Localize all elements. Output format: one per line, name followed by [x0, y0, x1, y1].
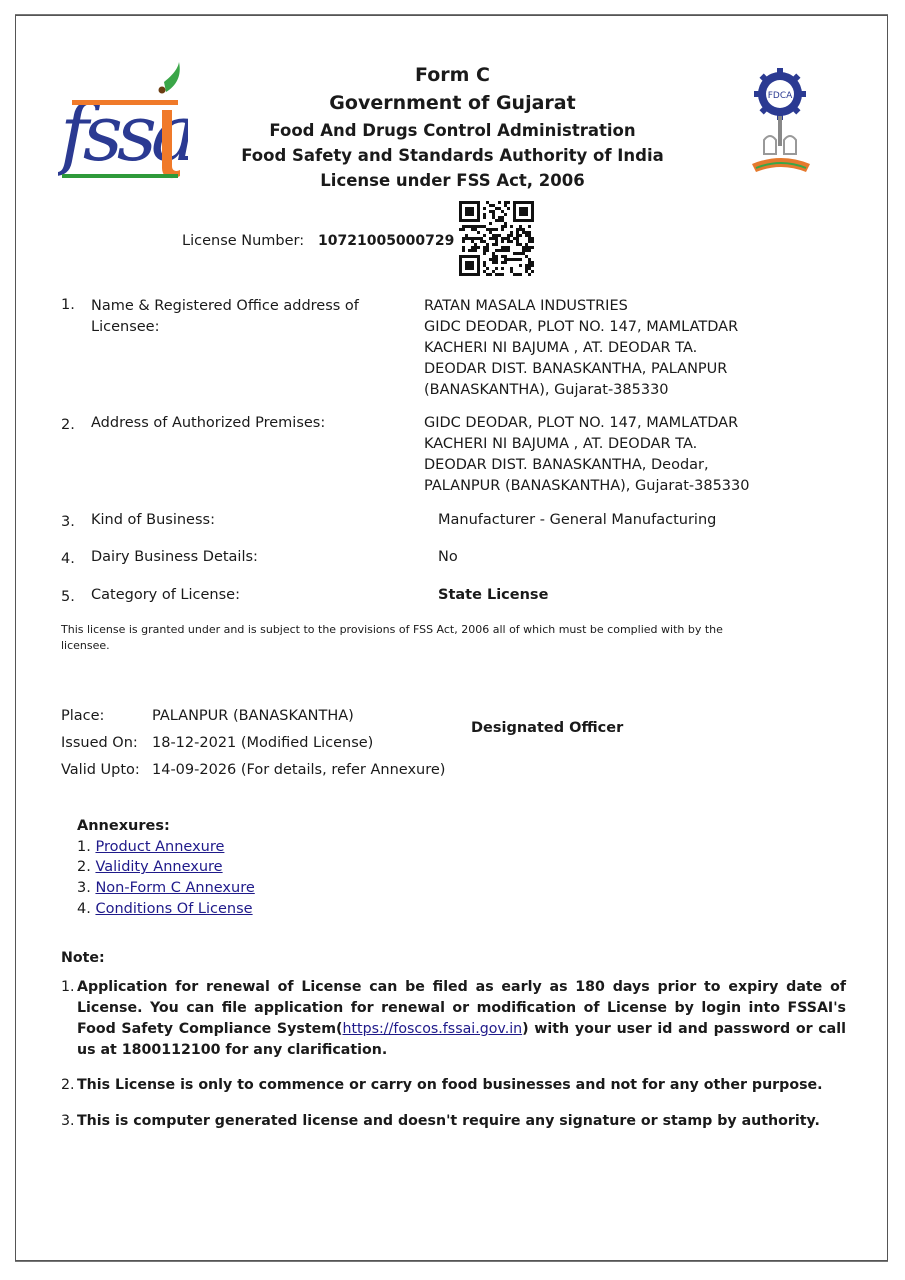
license-number-label: License Number:	[182, 233, 304, 249]
department-title: Food And Drugs Control Administration	[200, 121, 705, 140]
detail-num: 2.	[61, 417, 75, 433]
product-annexure-link[interactable]: Product Annexure	[95, 839, 224, 855]
value-line: GIDC DEODAR, PLOT NO. 147, MAMLATDAR	[424, 413, 784, 434]
form-title: Form C	[200, 64, 705, 86]
annexure-item: 1. Product Annexure	[77, 837, 255, 858]
detail-label-category: Category of License:	[91, 585, 391, 606]
annexure-num: 1.	[77, 839, 91, 855]
note-item-3: 3. This is computer generated license an…	[61, 1111, 846, 1132]
value-line: (BANASKANTHA), Gujarat-385330	[424, 380, 784, 401]
detail-num: 5.	[61, 589, 75, 605]
annexure-item: 3. Non-Form C Annexure	[77, 878, 255, 899]
annexure-num: 3.	[77, 880, 91, 896]
annexure-item: 2. Validity Annexure	[77, 857, 255, 878]
detail-num: 3.	[61, 514, 75, 530]
conditions-of-license-link[interactable]: Conditions Of License	[95, 901, 252, 917]
note-item-1: 1. Application for renewal of License ca…	[61, 977, 846, 1061]
note-num: 2.	[61, 1075, 75, 1096]
detail-num: 1.	[61, 297, 75, 313]
qr-code	[459, 201, 534, 276]
non-form-c-annexure-link[interactable]: Non-Form C Annexure	[95, 880, 254, 896]
detail-label-premises: Address of Authorized Premises:	[91, 413, 391, 434]
place-value: PALANPUR (BANASKANTHA)	[152, 708, 354, 724]
detail-value-business: Manufacturer - General Manufacturing	[438, 510, 798, 531]
designated-officer: Designated Officer	[471, 720, 623, 736]
issued-label: Issued On:	[61, 735, 138, 751]
license-number: 10721005000729	[318, 233, 454, 249]
detail-value-premises: GIDC DEODAR, PLOT NO. 147, MAMLATDAR KAC…	[424, 413, 784, 497]
note-text: This License is only to commence or carr…	[77, 1075, 846, 1096]
note-num: 3.	[61, 1111, 75, 1132]
note-item-2: 2. This License is only to commence or c…	[61, 1075, 846, 1096]
detail-value-category: State License	[438, 585, 798, 606]
detail-label-licensee: Name & Registered Office address of Lice…	[91, 296, 371, 338]
value-line: DEODAR DIST. BANASKANTHA, PALANPUR	[424, 359, 784, 380]
note-text: This is computer generated license and d…	[77, 1111, 846, 1132]
annexures-title: Annexures:	[77, 816, 255, 837]
note-text: Application for renewal of License can b…	[77, 977, 846, 1061]
detail-value-dairy: No	[438, 547, 798, 568]
annexure-item: 4. Conditions Of License	[77, 899, 255, 920]
grant-text: This license is granted under and is sub…	[61, 622, 751, 654]
valid-value: 14-09-2026 (For details, refer Annexure)	[152, 762, 445, 778]
detail-label-dairy: Dairy Business Details:	[91, 547, 391, 568]
detail-label-business: Kind of Business:	[91, 510, 391, 531]
annexures-list: Annexures: 1. Product Annexure 2. Validi…	[77, 816, 255, 920]
value-line: DEODAR DIST. BANASKANTHA, Deodar,	[424, 455, 784, 476]
authority-title: Food Safety and Standards Authority of I…	[200, 146, 705, 165]
act-title: License under FSS Act, 2006	[200, 171, 705, 190]
value-line: PALANPUR (BANASKANTHA), Gujarat-385330	[424, 476, 784, 497]
fdca-logo: FDCA	[748, 68, 814, 183]
detail-num: 4.	[61, 551, 75, 567]
validity-annexure-link[interactable]: Validity Annexure	[95, 859, 222, 875]
valid-label: Valid Upto:	[61, 762, 140, 778]
fssai-logo: fssa	[58, 60, 188, 185]
issued-value: 18-12-2021 (Modified License)	[152, 735, 373, 751]
place-label: Place:	[61, 708, 104, 724]
note-num: 1.	[61, 977, 75, 998]
value-line: KACHERI NI BAJUMA , AT. DEODAR TA.	[424, 434, 784, 455]
annexure-num: 4.	[77, 901, 91, 917]
value-line: RATAN MASALA INDUSTRIES	[424, 296, 784, 317]
svg-text:FDCA: FDCA	[768, 91, 793, 101]
government-title: Government of Gujarat	[200, 92, 705, 114]
annexure-num: 2.	[77, 859, 91, 875]
foscos-link[interactable]: https://foscos.fssai.gov.in	[343, 1021, 523, 1037]
value-line: KACHERI NI BAJUMA , AT. DEODAR TA.	[424, 338, 784, 359]
value-line: GIDC DEODAR, PLOT NO. 147, MAMLATDAR	[424, 317, 784, 338]
detail-value-licensee: RATAN MASALA INDUSTRIES GIDC DEODAR, PLO…	[424, 296, 784, 401]
notes-title: Note:	[61, 948, 105, 969]
